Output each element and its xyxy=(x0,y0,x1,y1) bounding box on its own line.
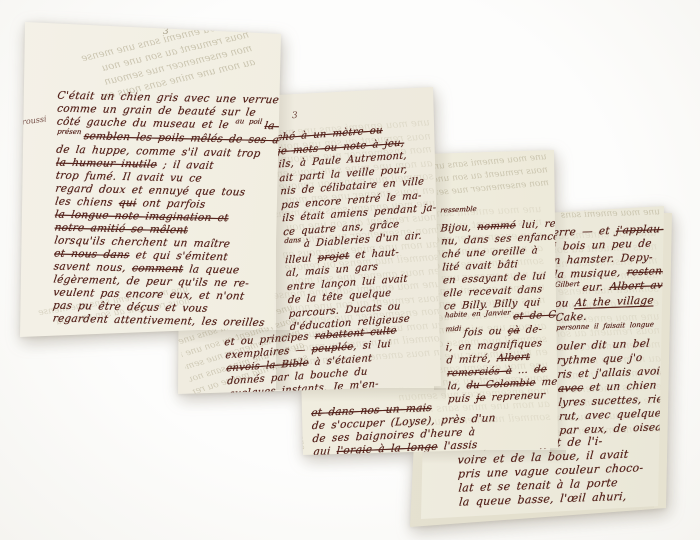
bleedthrough-text: une mou ennemi sans une mensenous remuen… xyxy=(435,151,550,200)
margin-annotation: roussi xyxy=(21,114,47,126)
handwriting-lines: erre — et j'applau-i bois un peu den ham… xyxy=(552,222,667,438)
manuscript-stack: une mou ennemi sans une mense une mou en… xyxy=(0,0,700,540)
page-number: 3 xyxy=(163,27,169,37)
handwriting-lines: ressembleBijou, nommé lui, reve-nu, dans… xyxy=(440,204,561,407)
handwriting-lines: C'était un chien gris avec une verruecom… xyxy=(53,90,290,331)
page-number: 3 xyxy=(292,111,298,121)
bleedthrough-text: une mou ennemi sans une mense xyxy=(560,206,660,221)
bleedthrough-text: une mou ennemi sans une mensenous remuen… xyxy=(282,392,307,452)
manuscript-photo: une mou ennemi sans une mense une mou en… xyxy=(0,0,700,540)
handwriting-lines: ché à un mètre ouje mets ou note à jeu,i… xyxy=(276,121,440,334)
